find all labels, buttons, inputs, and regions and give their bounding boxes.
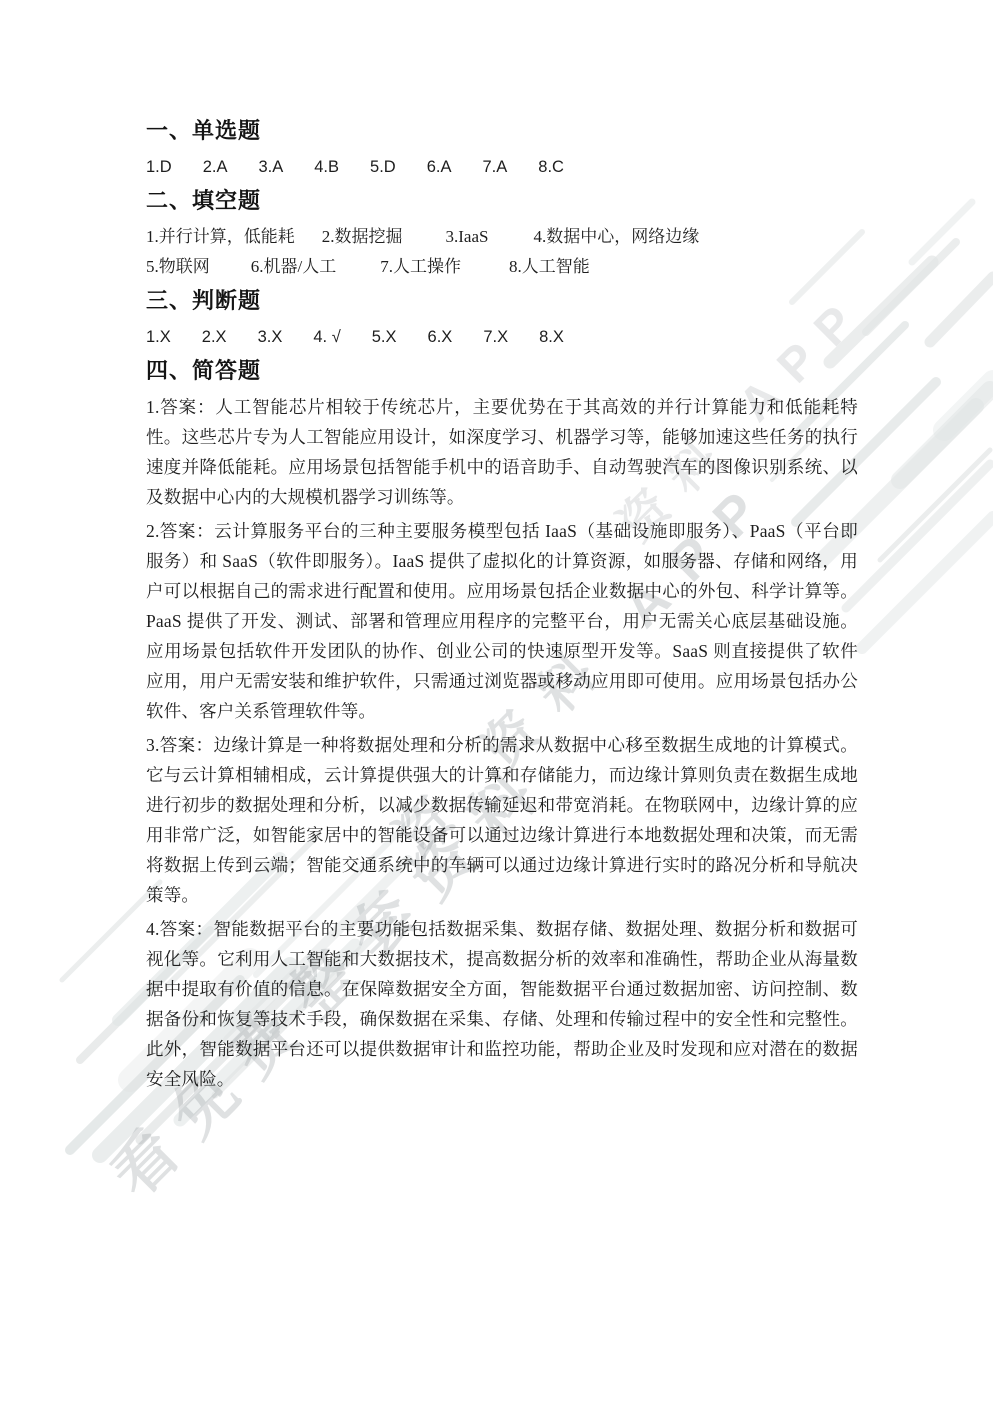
answer-item: 6.机器/人工 (251, 252, 336, 282)
answer-item: 5.X (372, 322, 397, 352)
answer-item: 2.数据挖掘 (322, 222, 403, 252)
section-heading-single-choice: 一、单选题 (146, 118, 858, 144)
fill-blank-answers-row-2: 5.物联网 6.机器/人工 7.人工操作 8.人工智能 (146, 252, 858, 282)
answer-item: 7.人工操作 (380, 252, 461, 282)
short-answer-paragraph-2: 2.答案：云计算服务平台的三种主要服务模型包括 IaaS（基础设施即服务）、Pa… (146, 516, 858, 726)
single-choice-answers-row: 1.D 2.A 3.A 4.B 5.D 6.A 7.A 8.C (146, 152, 858, 182)
answer-item: 7.A (483, 152, 508, 182)
answer-item: 8.人工智能 (509, 252, 590, 282)
answer-item: 4.数据中心，网络边缘 (533, 222, 699, 252)
answer-item: 3.X (258, 322, 283, 352)
answer-item: 5.物联网 (146, 252, 210, 282)
answer-item: 1.并行计算，低能耗 (146, 222, 295, 252)
document-content: 一、单选题 1.D 2.A 3.A 4.B 5.D 6.A 7.A 8.C 二、… (146, 118, 858, 1094)
answer-item: 2.X (202, 322, 227, 352)
answer-item: 6.A (427, 152, 452, 182)
true-false-answers-row: 1.X 2.X 3.X 4. √ 5.X 6.X 7.X 8.X (146, 322, 858, 352)
short-answer-paragraph-1: 1.答案：人工智能芯片相较于传统芯片，主要优势在于其高效的并行计算能力和低能耗特… (146, 392, 858, 512)
answer-item: 8.C (538, 152, 564, 182)
answer-item: 1.D (146, 152, 172, 182)
answer-item: 7.X (483, 322, 508, 352)
answer-item: 3.A (258, 152, 283, 182)
answer-item: 1.X (146, 322, 171, 352)
section-heading-short-answer: 四、简答题 (146, 358, 858, 384)
fill-blank-answers-row-1: 1.并行计算，低能耗 2.数据挖掘 3.IaaS 4.数据中心，网络边缘 (146, 222, 858, 252)
document-page: 资 资料 APP 看免费整套资料 资料 APP 一、单选题 1.D 2.A 3.… (0, 0, 993, 1404)
answer-item: 8.X (539, 322, 564, 352)
answer-item: 5.D (370, 152, 396, 182)
answer-item: 3.IaaS (446, 222, 489, 252)
short-answer-paragraph-4: 4.答案：智能数据平台的主要功能包括数据采集、数据存储、数据处理、数据分析和数据… (146, 914, 858, 1094)
answer-item: 4. √ (313, 322, 340, 352)
short-answer-paragraph-3: 3.答案：边缘计算是一种将数据处理和分析的需求从数据中心移至数据生成地的计算模式… (146, 730, 858, 910)
section-heading-fill-blank: 二、填空题 (146, 188, 858, 214)
answer-item: 6.X (428, 322, 453, 352)
answer-item: 4.B (314, 152, 339, 182)
section-heading-true-false: 三、判断题 (146, 288, 858, 314)
answer-item: 2.A (203, 152, 228, 182)
